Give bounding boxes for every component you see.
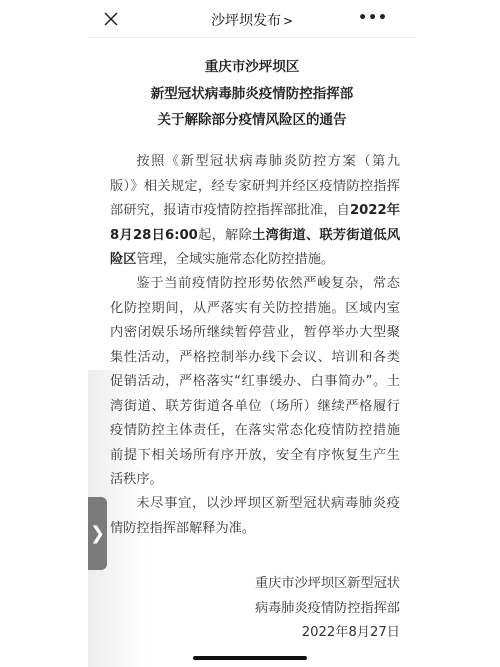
signature-line-2: 病毒肺炎疫情防控指挥部 [255,597,400,622]
heading-line-2: 新型冠状病毒肺炎疫情防控指挥部 [88,82,416,102]
phone-screen: 沙坪坝发布> ••• 重庆市沙坪坝区 新型冠状病毒肺炎疫情防控指挥部 关于解除部… [88,0,416,667]
signature-line-1: 重庆市沙坪坝区新型冠状 [255,572,400,597]
nav-bar: 沙坪坝发布> ••• [88,0,416,38]
paragraph-1: 按照《新型冠状病毒肺炎防控方案（第九版）》相关规定，经专家研判并经区疫情防控指挥… [110,150,400,273]
signature-date: 2022年8月27日 [255,621,400,646]
paragraph-2: 鉴于当前疫情防控形势依然严峻复杂，常态化防控期间，从严落实有关防控措施。区域内室… [110,272,400,493]
signature: 重庆市沙坪坝区新型冠状 病毒肺炎疫情防控指挥部 2022年8月27日 [255,572,400,646]
more-button[interactable]: ••• [358,10,388,26]
paragraph-3: 未尽事宜，以沙坪坝区新型冠状病毒肺炎疫情防控指挥部解释为准。 [110,492,400,541]
chevron-right-icon: ❯ [90,523,105,544]
more-icon: ••• [358,10,388,26]
side-expand-tab[interactable]: ❯ [88,497,107,570]
paragraph-1-text: 管理，全域实施常态化防控措施。 [136,252,334,267]
chevron-right-icon: > [283,14,293,28]
account-name: 沙坪坝发布 [211,13,281,29]
heading-line-1: 重庆市沙坪坝区 [88,55,416,75]
heading-line-3: 关于解除部分疫情风险区的通告 [88,108,416,128]
home-indicator[interactable] [193,656,307,660]
paragraph-1-text: 起，解除 [198,228,252,243]
